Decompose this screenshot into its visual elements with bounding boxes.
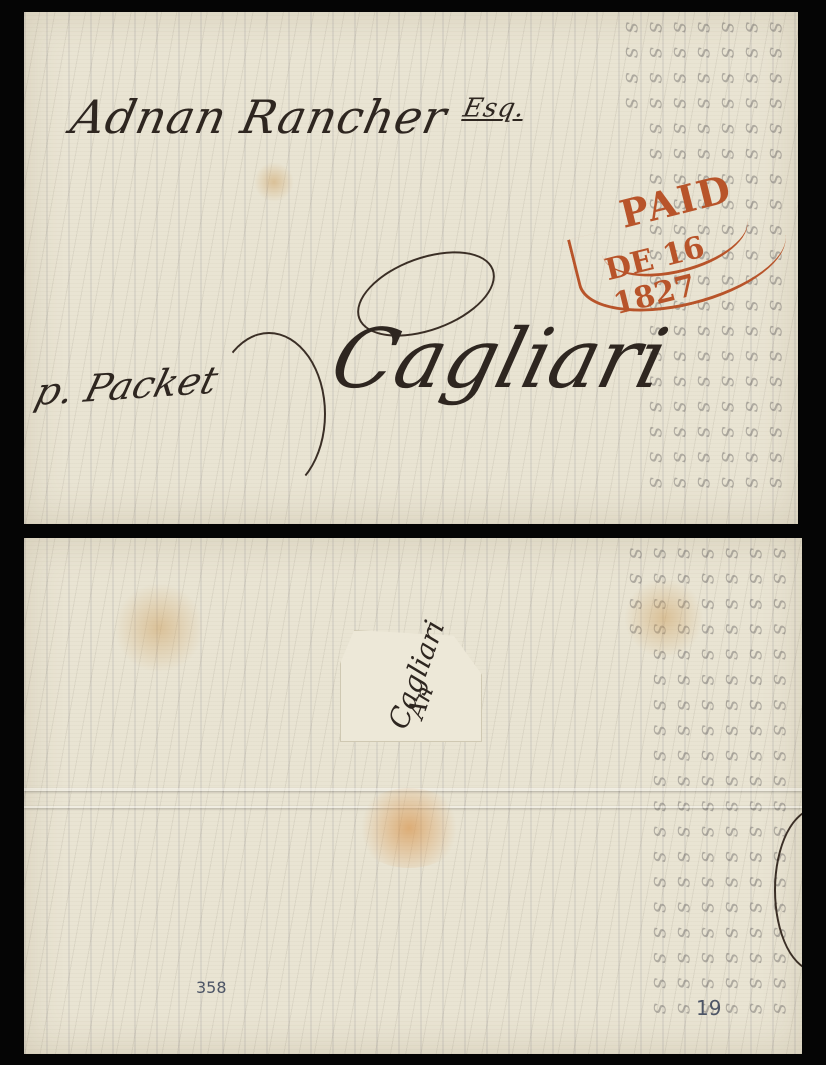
foxing-stain xyxy=(114,583,204,673)
addressee: Adnan Rancher Esq. xyxy=(66,90,529,144)
addressee-suffix: Esq. xyxy=(461,94,529,124)
destination-city: Cagliari xyxy=(322,312,677,407)
pencil-notation: 19 xyxy=(696,996,721,1020)
paid-postmark: PAID DE 16 1827 xyxy=(557,151,792,328)
foxing-stain xyxy=(254,162,294,202)
wax-seal-residue xyxy=(354,788,464,868)
flourish-icon xyxy=(212,332,326,496)
route-instruction: p. Packet xyxy=(31,358,223,414)
cover-back: ssssssssssssssssssssssssssssssssssssssss… xyxy=(24,538,802,1054)
cover-front: ssssssssssssssssssssssssssssssssssssssss… xyxy=(24,12,798,524)
foxing-stain xyxy=(624,578,704,658)
pencil-notation: 358 xyxy=(196,978,227,997)
flourish-icon xyxy=(774,808,802,972)
addressee-name: Adnan Rancher xyxy=(66,90,452,144)
